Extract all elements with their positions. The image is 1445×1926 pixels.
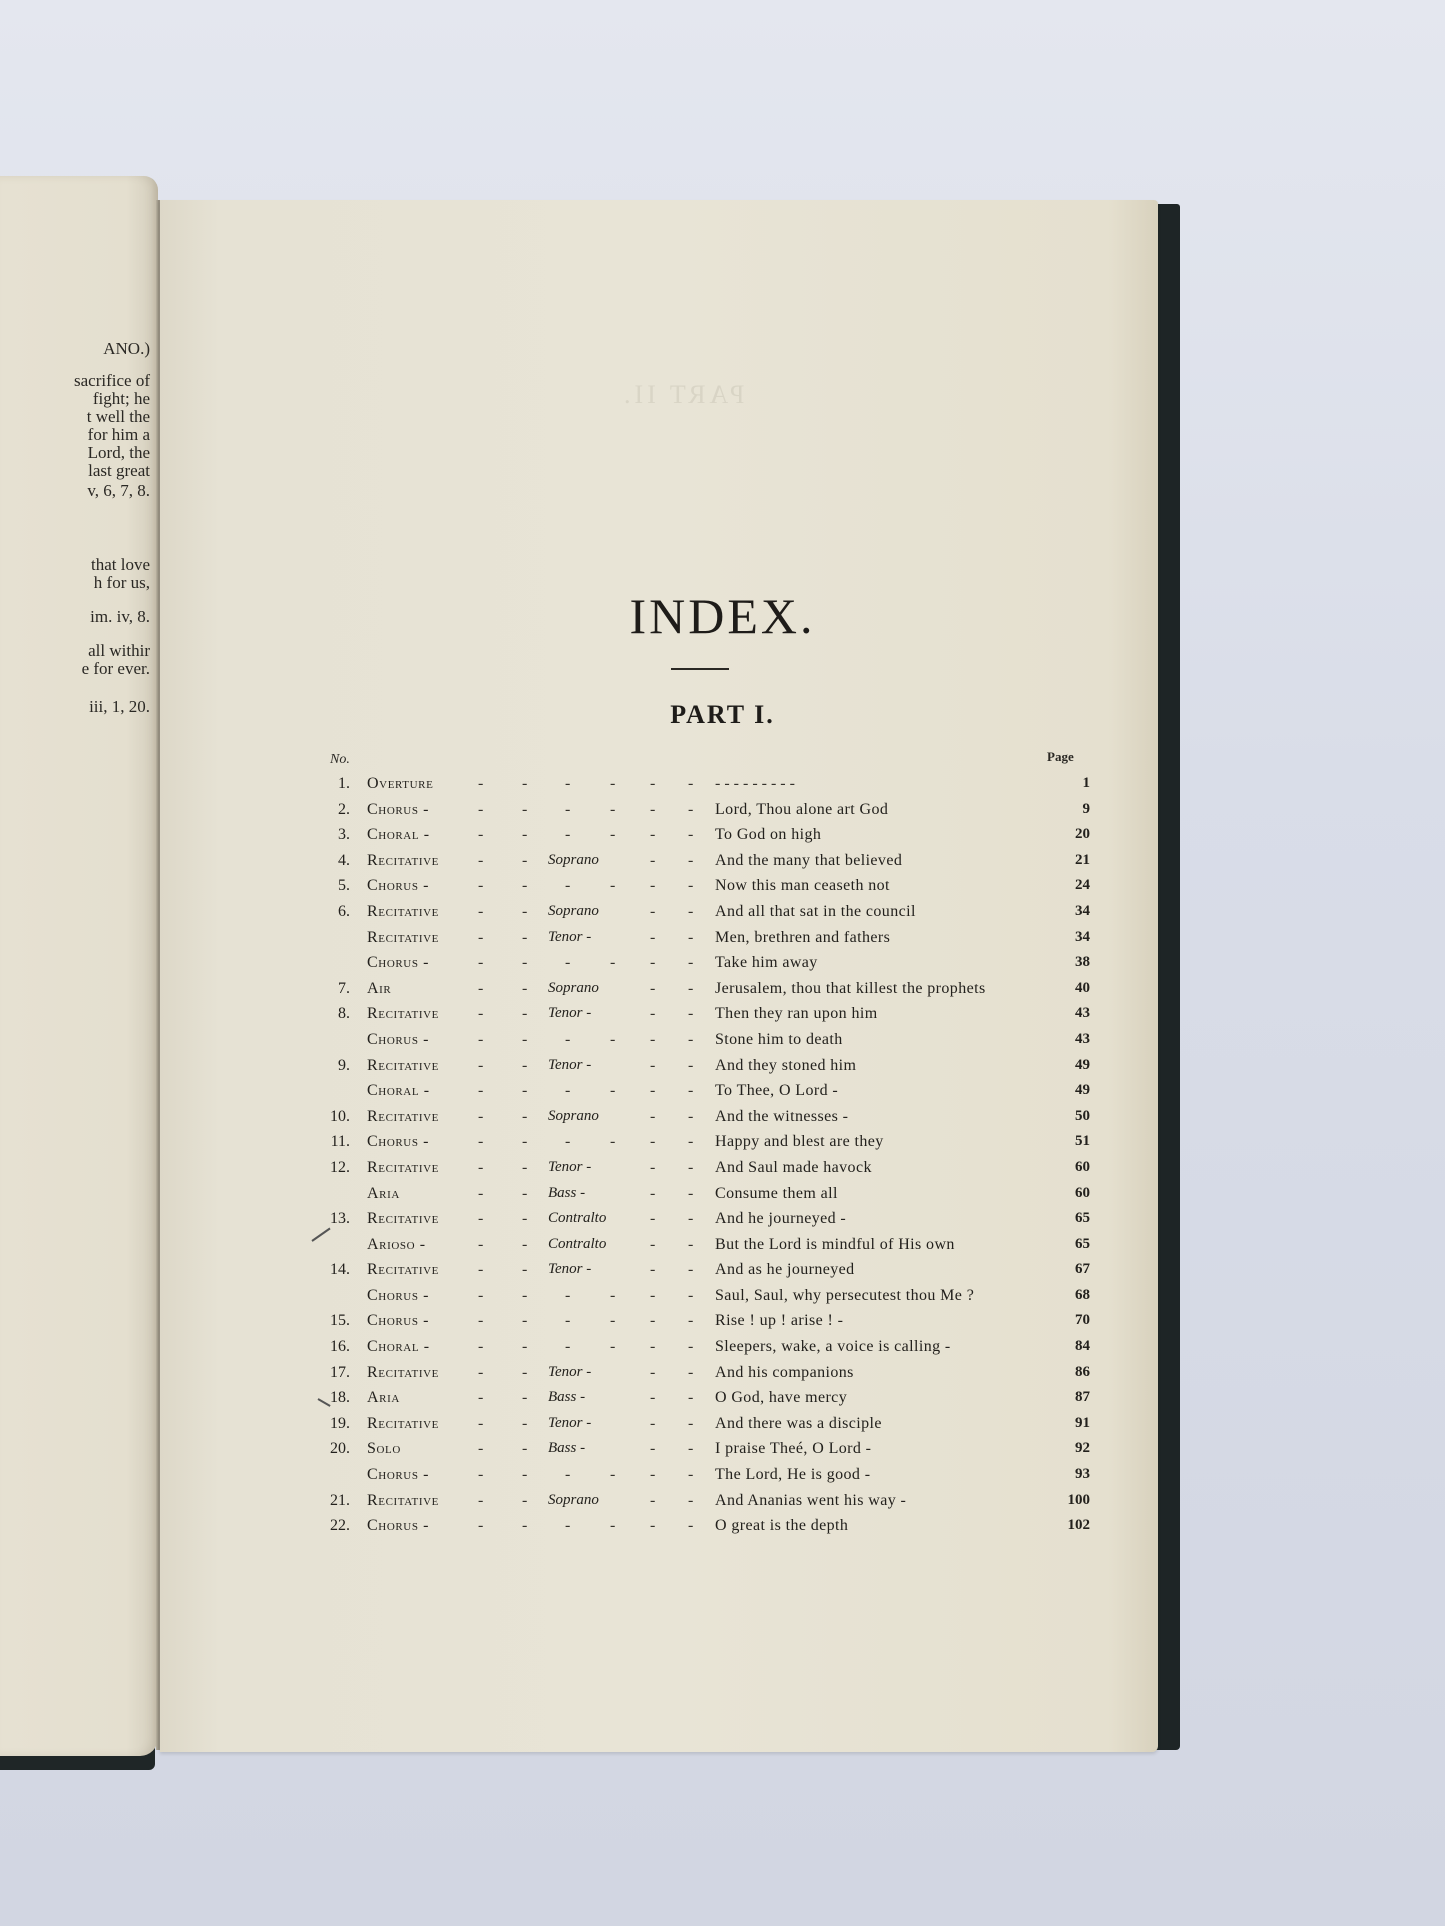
leader-dash: -	[522, 1385, 527, 1411]
leader-dash: -	[610, 1462, 615, 1488]
entry-number: 14.	[320, 1257, 350, 1283]
entry-page: 67	[1050, 1257, 1090, 1283]
entry-form: Solo	[367, 1436, 401, 1462]
entry-title: And there was a disciple	[715, 1411, 882, 1437]
leader-dash: -	[688, 976, 693, 1002]
entry-title: I praise Theé, O Lord -	[715, 1436, 871, 1462]
left-page: ANO.)sacrifice offight; het well thefor …	[0, 176, 158, 1756]
entry-voice: Soprano	[548, 1488, 599, 1514]
entry-voice: Bass -	[548, 1181, 585, 1207]
entry-title: And his companions	[715, 1360, 854, 1386]
entry-title: O great is the depth	[715, 1513, 848, 1539]
leader-dash: -	[688, 797, 693, 823]
leader-dash: -	[522, 1411, 527, 1437]
leader-dash: -	[478, 950, 483, 976]
leader-dash: -	[650, 848, 655, 874]
leader-dash: -	[478, 899, 483, 925]
entry-form: Chorus -	[367, 1027, 429, 1053]
entry-title: Take him away	[715, 950, 818, 976]
leader-dash: -	[650, 1155, 655, 1181]
entry-number: 16.	[320, 1334, 350, 1360]
leader-dash: -	[522, 950, 527, 976]
index-row: 8.Recitative--Tenor ---Then they ran upo…	[320, 1001, 1090, 1027]
entry-title: To Thee, O Lord -	[715, 1078, 838, 1104]
entry-page: 40	[1050, 976, 1090, 1002]
leader-dash: -	[478, 1104, 483, 1130]
leader-dash: -	[565, 1078, 570, 1104]
entry-page: 49	[1050, 1053, 1090, 1079]
entry-number: 6.	[320, 899, 350, 925]
entry-page: 100	[1050, 1488, 1090, 1514]
leader-dash: -	[650, 1436, 655, 1462]
index-row: Arioso ---Contralto--But the Lord is min…	[320, 1232, 1090, 1258]
entry-page: 43	[1050, 1027, 1090, 1053]
entry-page: 21	[1050, 848, 1090, 874]
leader-dash: -	[478, 1385, 483, 1411]
entry-title: Consume them all	[715, 1181, 838, 1207]
page-title: INDEX.	[0, 587, 1445, 645]
leader-dash: -	[650, 1027, 655, 1053]
left-page-text-line: sacrifice of	[74, 372, 150, 391]
leader-dash: -	[610, 1513, 615, 1539]
entry-voice: Tenor -	[548, 1360, 591, 1386]
leader-dash: -	[565, 1027, 570, 1053]
leader-dash: -	[650, 1104, 655, 1130]
leader-dash: -	[650, 771, 655, 797]
entry-voice: Soprano	[548, 899, 599, 925]
entry-voice: Soprano	[548, 976, 599, 1002]
leader-dash: -	[478, 1411, 483, 1437]
leader-dash: -	[478, 1206, 483, 1232]
leader-dash: -	[688, 771, 693, 797]
index-row: 2.Chorus -------Lord, Thou alone art God…	[320, 797, 1090, 823]
leader-dash: -	[478, 848, 483, 874]
left-page-text-line: Lord, the	[88, 444, 150, 463]
leader-dash: -	[478, 1334, 483, 1360]
entry-title: And he journeyed -	[715, 1206, 846, 1232]
entry-form: Chorus -	[367, 1308, 429, 1334]
entry-page: 43	[1050, 1001, 1090, 1027]
entry-page: 91	[1050, 1411, 1090, 1437]
leader-dash: -	[650, 1360, 655, 1386]
entry-page: 34	[1050, 899, 1090, 925]
entry-page: 60	[1050, 1155, 1090, 1181]
leader-dash: -	[688, 1027, 693, 1053]
leader-dash: -	[522, 1334, 527, 1360]
leader-dash: -	[522, 797, 527, 823]
leader-dash: -	[478, 1360, 483, 1386]
entry-number: 11.	[320, 1129, 350, 1155]
index-row: Chorus -------The Lord, He is good -93	[320, 1462, 1090, 1488]
leader-dash: -	[522, 1436, 527, 1462]
leader-dash: -	[688, 950, 693, 976]
entry-form: Chorus -	[367, 1513, 429, 1539]
entry-number: 21.	[320, 1488, 350, 1514]
entry-page: 50	[1050, 1104, 1090, 1130]
leader-dash: -	[650, 950, 655, 976]
entry-number: 22.	[320, 1513, 350, 1539]
entry-title: Sleepers, wake, a voice is calling -	[715, 1334, 951, 1360]
leader-dash: -	[522, 899, 527, 925]
leader-dash: -	[688, 1513, 693, 1539]
leader-dash: -	[610, 771, 615, 797]
leader-dash: -	[522, 1283, 527, 1309]
index-row: 11.Chorus -------Happy and blest are the…	[320, 1129, 1090, 1155]
leader-dash: -	[522, 1462, 527, 1488]
entry-page: 65	[1050, 1232, 1090, 1258]
leader-dash: -	[478, 1078, 483, 1104]
leader-dash: -	[688, 1488, 693, 1514]
entry-form: Overture	[367, 771, 433, 797]
leader-dash: -	[650, 1513, 655, 1539]
left-page-text-line: last great	[88, 462, 150, 481]
index-row: Chorus -------Saul, Saul, why persecutes…	[320, 1283, 1090, 1309]
entry-number: 12.	[320, 1155, 350, 1181]
leader-dash: -	[478, 1053, 483, 1079]
leader-dash: -	[688, 1181, 693, 1207]
leader-dash: -	[522, 925, 527, 951]
entry-form: Choral -	[367, 1078, 430, 1104]
entry-form: Chorus -	[367, 1283, 429, 1309]
leader-dash: -	[688, 1257, 693, 1283]
entry-title: Men, brethren and fathers	[715, 925, 890, 951]
left-page-text-line: fight; he	[93, 390, 150, 409]
leader-dash: -	[522, 822, 527, 848]
leader-dash: -	[688, 1206, 693, 1232]
leader-dash: -	[650, 1488, 655, 1514]
leader-dash: -	[610, 873, 615, 899]
entry-title: And as he journeyed	[715, 1257, 855, 1283]
leader-dash: -	[478, 797, 483, 823]
entry-number: 19.	[320, 1411, 350, 1437]
leader-dashes: - - - - - - - - -	[715, 771, 795, 797]
entry-title: To God on high	[715, 822, 821, 848]
entry-voice: Tenor -	[548, 1053, 591, 1079]
leader-dash: -	[565, 1513, 570, 1539]
entry-number: 9.	[320, 1053, 350, 1079]
entry-number: 7.	[320, 976, 350, 1002]
entry-form: Arioso -	[367, 1232, 426, 1258]
left-page-text-line: that love	[91, 556, 150, 575]
leader-dash: -	[478, 822, 483, 848]
leader-dash: -	[688, 1129, 693, 1155]
entry-title: Then they ran upon him	[715, 1001, 878, 1027]
entry-form: Recitative	[367, 848, 439, 874]
entry-page: 86	[1050, 1360, 1090, 1386]
entry-title: But the Lord is mindful of His own	[715, 1232, 955, 1258]
leader-dash: -	[610, 797, 615, 823]
leader-dash: -	[688, 1385, 693, 1411]
leader-dash: -	[522, 848, 527, 874]
leader-dash: -	[688, 848, 693, 874]
entry-title: The Lord, He is good -	[715, 1462, 870, 1488]
leader-dash: -	[650, 1232, 655, 1258]
leader-dash: -	[650, 976, 655, 1002]
leader-dash: -	[650, 1129, 655, 1155]
leader-dash: -	[610, 1078, 615, 1104]
index-row: 5.Chorus -------Now this man ceaseth not…	[320, 873, 1090, 899]
entry-number: 15.	[320, 1308, 350, 1334]
entry-number: 5.	[320, 873, 350, 899]
leader-dash: -	[688, 1308, 693, 1334]
leader-dash: -	[565, 950, 570, 976]
entry-voice: Tenor -	[548, 1155, 591, 1181]
left-page-text-line: t well the	[87, 408, 150, 427]
column-header-page: Page	[1047, 749, 1074, 765]
leader-dash: -	[522, 1181, 527, 1207]
entry-page: 87	[1050, 1385, 1090, 1411]
leader-dash: -	[650, 899, 655, 925]
entry-title: Now this man ceaseth not	[715, 873, 890, 899]
entry-page: 102	[1050, 1513, 1090, 1539]
entry-page: 92	[1050, 1436, 1090, 1462]
entry-title: Lord, Thou alone art God	[715, 797, 888, 823]
leader-dash: -	[688, 1078, 693, 1104]
leader-dash: -	[565, 1308, 570, 1334]
leader-dash: -	[522, 873, 527, 899]
entry-page: 84	[1050, 1334, 1090, 1360]
entry-form: Chorus -	[367, 950, 429, 976]
left-page-text-line: e for ever.	[82, 660, 150, 679]
entry-form: Recitative	[367, 1155, 439, 1181]
leader-dash: -	[478, 1462, 483, 1488]
leader-dash: -	[522, 1027, 527, 1053]
leader-dash: -	[688, 873, 693, 899]
leader-dash: -	[610, 1283, 615, 1309]
leader-dash: -	[522, 1053, 527, 1079]
entry-form: Recitative	[367, 1104, 439, 1130]
entry-page: 1	[1050, 771, 1090, 797]
entry-number: 2.	[320, 797, 350, 823]
leader-dash: -	[478, 1181, 483, 1207]
leader-dash: -	[478, 1257, 483, 1283]
entry-form: Choral -	[367, 1334, 430, 1360]
leader-dash: -	[650, 1206, 655, 1232]
entry-number: 13.	[320, 1206, 350, 1232]
leader-dash: -	[650, 1411, 655, 1437]
entry-form: Aria	[367, 1385, 400, 1411]
entry-page: 20	[1050, 822, 1090, 848]
index-row: 3.Choral -------To God on high20	[320, 822, 1090, 848]
index-row: Choral -------To Thee, O Lord -49	[320, 1078, 1090, 1104]
entry-page: 9	[1050, 797, 1090, 823]
entry-form: Aria	[367, 1181, 400, 1207]
leader-dash: -	[522, 1206, 527, 1232]
leader-dash: -	[688, 1283, 693, 1309]
entry-title: Stone him to death	[715, 1027, 843, 1053]
leader-dash: -	[478, 1436, 483, 1462]
leader-dash: -	[688, 1155, 693, 1181]
leader-dash: -	[650, 797, 655, 823]
left-page-text-line: v, 6, 7, 8.	[87, 482, 150, 501]
leader-dash: -	[688, 822, 693, 848]
entry-page: 65	[1050, 1206, 1090, 1232]
index-row: 17.Recitative--Tenor ---And his companio…	[320, 1360, 1090, 1386]
leader-dash: -	[522, 1257, 527, 1283]
leader-dash: -	[478, 1027, 483, 1053]
index-row: Chorus -------Take him away38	[320, 950, 1090, 976]
entry-form: Recitative	[367, 899, 439, 925]
entry-form: Recitative	[367, 1257, 439, 1283]
entry-form: Recitative	[367, 1411, 439, 1437]
entry-page: 68	[1050, 1283, 1090, 1309]
entry-voice: Bass -	[548, 1436, 585, 1462]
entry-voice: Soprano	[548, 848, 599, 874]
index-row: 10.Recitative--Soprano--And the witnesse…	[320, 1104, 1090, 1130]
entry-form: Recitative	[367, 1360, 439, 1386]
entry-form: Recitative	[367, 1001, 439, 1027]
leader-dash: -	[650, 1257, 655, 1283]
leader-dash: -	[522, 1129, 527, 1155]
entry-page: 24	[1050, 873, 1090, 899]
entry-form: Air	[367, 976, 391, 1002]
leader-dash: -	[650, 1334, 655, 1360]
leader-dash: -	[565, 873, 570, 899]
leader-dash: -	[610, 1308, 615, 1334]
leader-dash: -	[565, 1334, 570, 1360]
entry-title: And the witnesses -	[715, 1104, 848, 1130]
leader-dash: -	[565, 771, 570, 797]
entry-number: 10.	[320, 1104, 350, 1130]
entry-form: Chorus -	[367, 1129, 429, 1155]
index-table: 1.Overture------- - - - - - - - -12.Chor…	[320, 771, 1090, 1539]
leader-dash: -	[478, 873, 483, 899]
leader-dash: -	[688, 1104, 693, 1130]
leader-dash: -	[522, 1104, 527, 1130]
leader-dash: -	[650, 1462, 655, 1488]
leader-dash: -	[650, 873, 655, 899]
leader-dash: -	[522, 1513, 527, 1539]
entry-number: 1.	[320, 771, 350, 797]
leader-dash: -	[522, 976, 527, 1002]
entry-voice: Tenor -	[548, 925, 591, 951]
entry-form: Recitative	[367, 1206, 439, 1232]
entry-form: Recitative	[367, 1488, 439, 1514]
entry-page: 93	[1050, 1462, 1090, 1488]
leader-dash: -	[478, 1129, 483, 1155]
leader-dash: -	[522, 1232, 527, 1258]
entry-title: Happy and blest are they	[715, 1129, 884, 1155]
leader-dash: -	[522, 1001, 527, 1027]
leader-dash: -	[478, 1155, 483, 1181]
index-row: 21.Recitative--Soprano--And Ananias went…	[320, 1488, 1090, 1514]
index-row: 16.Choral -------Sleepers, wake, a voice…	[320, 1334, 1090, 1360]
entry-voice: Soprano	[548, 1104, 599, 1130]
leader-dash: -	[478, 1308, 483, 1334]
leader-dash: -	[688, 1053, 693, 1079]
leader-dash: -	[478, 1283, 483, 1309]
index-row: 14.Recitative--Tenor ---And as he journe…	[320, 1257, 1090, 1283]
entry-form: Chorus -	[367, 1462, 429, 1488]
entry-number: 4.	[320, 848, 350, 874]
index-row: 19.Recitative--Tenor ---And there was a …	[320, 1411, 1090, 1437]
leader-dash: -	[688, 1232, 693, 1258]
leader-dash: -	[522, 1360, 527, 1386]
leader-dash: -	[650, 1053, 655, 1079]
leader-dash: -	[565, 1129, 570, 1155]
leader-dash: -	[610, 1027, 615, 1053]
leader-dash: -	[478, 1001, 483, 1027]
leader-dash: -	[610, 1129, 615, 1155]
section-heading: PART I.	[0, 700, 1445, 730]
entry-page: 70	[1050, 1308, 1090, 1334]
leader-dash: -	[688, 899, 693, 925]
leader-dash: -	[650, 1078, 655, 1104]
leader-dash: -	[688, 925, 693, 951]
entry-voice: Bass -	[548, 1385, 585, 1411]
title-divider	[671, 668, 729, 670]
index-row: 22.Chorus -------O great is the depth102	[320, 1513, 1090, 1539]
leader-dash: -	[650, 1181, 655, 1207]
entry-voice: Tenor -	[548, 1411, 591, 1437]
leader-dash: -	[688, 1436, 693, 1462]
leader-dash: -	[478, 1513, 483, 1539]
leader-dash: -	[565, 1283, 570, 1309]
entry-voice: Tenor -	[548, 1257, 591, 1283]
index-row: Chorus -------Stone him to death43	[320, 1027, 1090, 1053]
entry-form: Chorus -	[367, 797, 429, 823]
leader-dash: -	[565, 1462, 570, 1488]
leader-dash: -	[688, 1360, 693, 1386]
index-row: Aria--Bass ---Consume them all60	[320, 1181, 1090, 1207]
index-row: 13.Recitative--Contralto--And he journey…	[320, 1206, 1090, 1232]
entry-title: Jerusalem, thou that killest the prophet…	[715, 976, 986, 1002]
show-through-text: PART II.	[620, 380, 744, 410]
entry-voice: Contralto	[548, 1206, 606, 1232]
entry-title: And the many that believed	[715, 848, 902, 874]
index-row: 1.Overture------- - - - - - - - -1	[320, 771, 1090, 797]
leader-dash: -	[478, 771, 483, 797]
leader-dash: -	[478, 976, 483, 1002]
leader-dash: -	[650, 822, 655, 848]
entry-page: 60	[1050, 1181, 1090, 1207]
entry-title: And they stoned him	[715, 1053, 856, 1079]
entry-voice: Tenor -	[548, 1001, 591, 1027]
entry-title: And Saul made havock	[715, 1155, 872, 1181]
leader-dash: -	[688, 1001, 693, 1027]
leader-dash: -	[650, 1385, 655, 1411]
leader-dash: -	[565, 797, 570, 823]
entry-page: 49	[1050, 1078, 1090, 1104]
leader-dash: -	[565, 822, 570, 848]
entry-title: O God, have mercy	[715, 1385, 847, 1411]
entry-title: And Ananias went his way -	[715, 1488, 906, 1514]
index-row: 18.Aria--Bass ---O God, have mercy87	[320, 1385, 1090, 1411]
index-row: 12.Recitative--Tenor ---And Saul made ha…	[320, 1155, 1090, 1181]
index-row: 7.Air--Soprano--Jerusalem, thou that kil…	[320, 976, 1090, 1002]
leader-dash: -	[650, 925, 655, 951]
entry-form: Recitative	[367, 925, 439, 951]
leader-dash: -	[522, 1488, 527, 1514]
index-row: 6.Recitative--Soprano--And all that sat …	[320, 899, 1090, 925]
left-page-text-line: for him a	[88, 426, 150, 445]
entry-number: 18.	[320, 1385, 350, 1411]
entry-number: 8.	[320, 1001, 350, 1027]
entry-form: Choral -	[367, 822, 430, 848]
leader-dash: -	[650, 1001, 655, 1027]
entry-number: 17.	[320, 1360, 350, 1386]
entry-title: Saul, Saul, why persecutest thou Me ?	[715, 1283, 974, 1309]
entry-page: 51	[1050, 1129, 1090, 1155]
index-row: 9.Recitative--Tenor ---And they stoned h…	[320, 1053, 1090, 1079]
leader-dash: -	[522, 1155, 527, 1181]
entry-voice: Contralto	[548, 1232, 606, 1258]
leader-dash: -	[478, 925, 483, 951]
leader-dash: -	[522, 1078, 527, 1104]
leader-dash: -	[688, 1411, 693, 1437]
index-row: Recitative--Tenor ---Men, brethren and f…	[320, 925, 1090, 951]
leader-dash: -	[522, 1308, 527, 1334]
